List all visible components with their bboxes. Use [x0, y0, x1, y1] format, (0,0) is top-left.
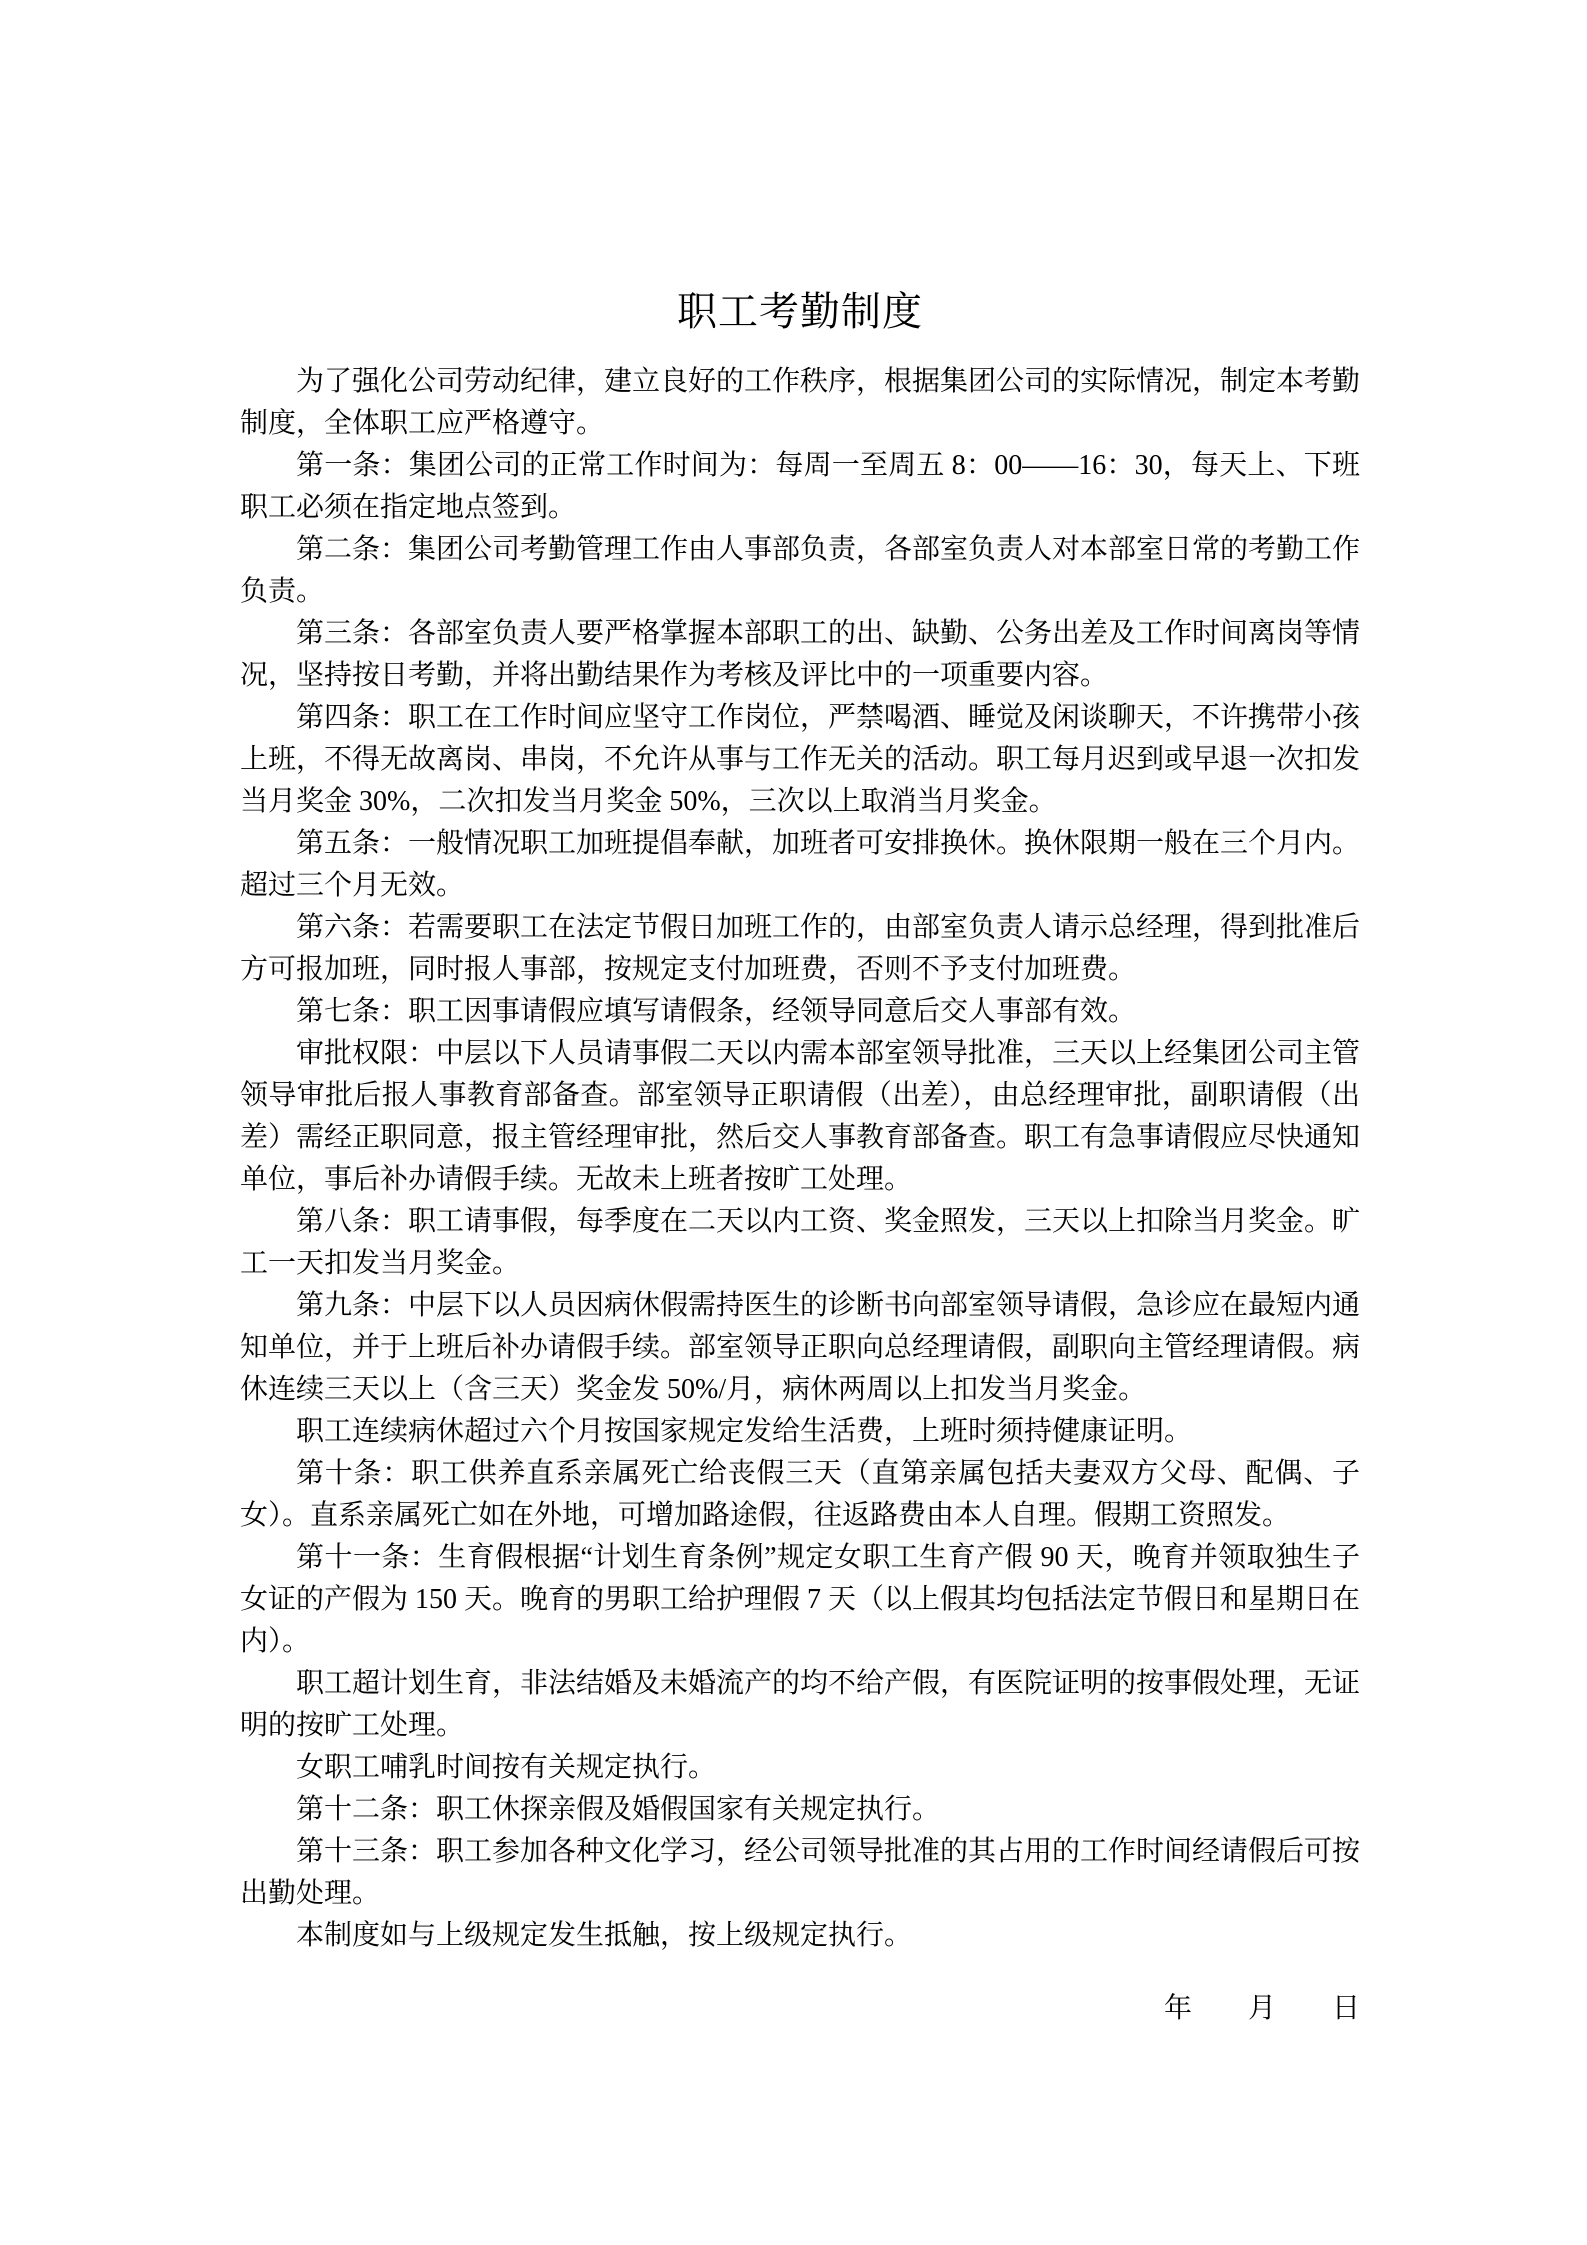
paragraph: 第一条：集团公司的正常工作时间为：每周一至周五 8：00——16：30，每天上、…: [240, 445, 1360, 529]
paragraph: 第十三条：职工参加各种文化学习，经公司领导批准的其占用的工作时间经请假后可按出勤…: [240, 1831, 1360, 1915]
paragraph: 职工连续病休超过六个月按国家规定发给生活费，上班时须持健康证明。: [240, 1411, 1360, 1453]
paragraph: 第八条：职工请事假，每季度在二天以内工资、奖金照发，三天以上扣除当月奖金。旷工一…: [240, 1201, 1360, 1285]
paragraph: 女职工哺乳时间按有关规定执行。: [240, 1747, 1360, 1789]
paragraph: 第七条：职工因事请假应填写请假条，经领导同意后交人事部有效。: [240, 991, 1360, 1033]
paragraph: 第十一条：生育假根据“计划生育条例”规定女职工生育产假 90 天，晚育并领取独生…: [240, 1537, 1360, 1663]
document-page: 职工考勤制度 为了强化公司劳动纪律，建立良好的工作秩序，根据集团公司的实际情况，…: [0, 0, 1587, 2245]
paragraph: 第九条：中层下以人员因病休假需持医生的诊断书向部室领导请假，急诊应在最短内通知单…: [240, 1285, 1360, 1411]
document-body: 为了强化公司劳动纪律，建立良好的工作秩序，根据集团公司的实际情况，制定本考勤制度…: [240, 361, 1360, 1957]
paragraph: 为了强化公司劳动纪律，建立良好的工作秩序，根据集团公司的实际情况，制定本考勤制度…: [240, 361, 1360, 445]
paragraph: 本制度如与上级规定发生抵触，按上级规定执行。: [240, 1915, 1360, 1957]
paragraph: 第十二条：职工休探亲假及婚假国家有关规定执行。: [240, 1789, 1360, 1831]
paragraph: 第二条：集团公司考勤管理工作由人事部负责，各部室负责人对本部室日常的考勤工作负责…: [240, 529, 1360, 613]
paragraph: 第五条：一般情况职工加班提倡奉献，加班者可安排换休。换休限期一般在三个月内。超过…: [240, 823, 1360, 907]
paragraph: 第六条：若需要职工在法定节假日加班工作的，由部室负责人请示总经理，得到批准后方可…: [240, 907, 1360, 991]
paragraph: 审批权限：中层以下人员请事假二天以内需本部室领导批准，三天以上经集团公司主管领导…: [240, 1033, 1360, 1201]
paragraph: 职工超计划生育，非法结婚及未婚流产的均不给产假，有医院证明的按事假处理，无证明的…: [240, 1663, 1360, 1747]
paragraph: 第四条：职工在工作时间应坚守工作岗位，严禁喝酒、睡觉及闲谈聊天，不许携带小孩上班…: [240, 697, 1360, 823]
paragraph: 第十条：职工供养直系亲属死亡给丧假三天（直第亲属包括夫妻双方父母、配偶、子女）。…: [240, 1453, 1360, 1537]
paragraph: 第三条：各部室负责人要严格掌握本部职工的出、缺勤、公务出差及工作时间离岗等情况，…: [240, 613, 1360, 697]
date-line: 年 月 日: [240, 1988, 1360, 2030]
document-title: 职工考勤制度: [240, 280, 1360, 343]
